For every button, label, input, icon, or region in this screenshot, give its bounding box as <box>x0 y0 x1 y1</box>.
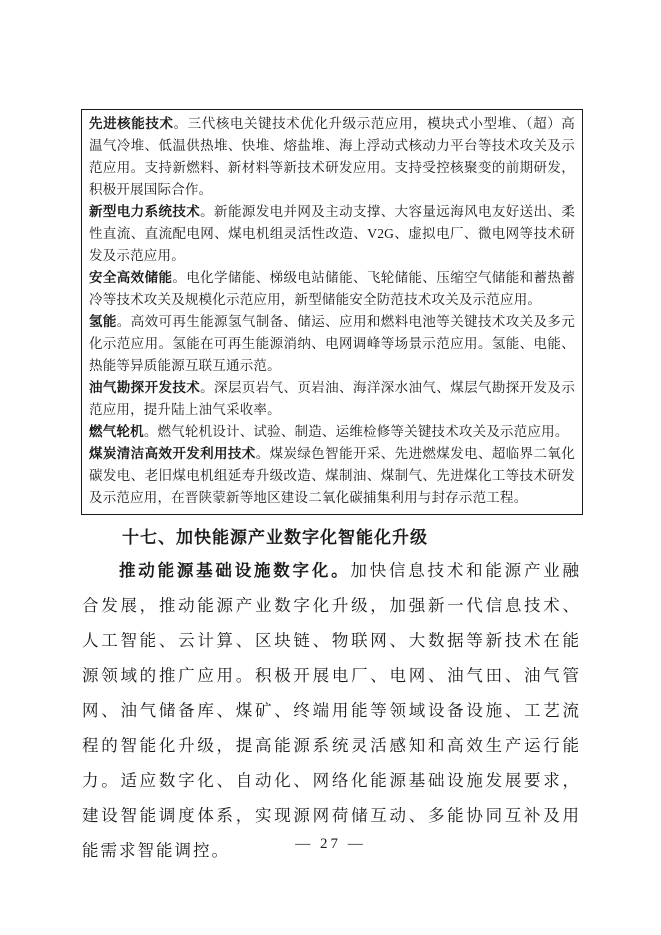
tech-item-energy-storage: 安全高效储能。电化学储能、梯级电站储能、飞轮储能、压缩空气储能和蓄热蓄冷等技术攻… <box>89 267 575 311</box>
tech-term: 先进核能技术 <box>89 116 174 131</box>
tech-sep: 。 <box>174 116 188 131</box>
tech-sep: 。 <box>200 380 214 395</box>
tech-sep: 。 <box>256 446 270 461</box>
page-number: — 27 — <box>0 836 661 853</box>
paragraph-lead: 推动能源基础设施数字化。 <box>119 561 350 580</box>
tech-term: 油气勘探开发技术 <box>89 380 200 395</box>
tech-desc: 高效可再生能源氢气制备、储运、应用和燃料电池等关键技术攻关及多元化示范应用。氢能… <box>89 314 575 373</box>
tech-term: 燃气轮机 <box>89 424 144 439</box>
tech-term: 氢能 <box>89 314 117 329</box>
section-paragraph: 推动能源基础设施数字化。加快信息技术和能源产业融合发展，推动能源产业数字化升级，… <box>82 553 581 868</box>
tech-sep: 。 <box>117 314 131 329</box>
tech-item-new-power-system: 新型电力系统技术。新能源发电并网及主动支撑、大容量远海风电友好送出、柔性直流、直… <box>89 201 575 267</box>
tech-item-clean-coal: 煤炭清洁高效开发利用技术。煤炭绿色智能开采、先进燃煤发电、超临界二氧化碳发电、老… <box>89 443 575 509</box>
paragraph-body: 加快信息技术和能源产业融合发展，推动能源产业数字化升级，加强新一代信息技术、人工… <box>82 561 581 860</box>
section-heading: 十七、加快能源产业数字化智能化升级 <box>122 526 428 550</box>
tech-item-hydrogen: 氢能。高效可再生能源氢气制备、储运、应用和燃料电池等关键技术攻关及多元化示范应用… <box>89 311 575 377</box>
tech-item-oil-gas-exploration: 油气勘探开发技术。深层页岩气、页岩油、海洋深水油气、煤层气勘探开发及示范应用，提… <box>89 377 575 421</box>
tech-item-gas-turbine: 燃气轮机。燃气轮机设计、试验、制造、运维检修等关键技术攻关及示范应用。 <box>89 421 575 443</box>
document-page: 先进核能技术。三代核电关键技术优化升级示范应用，模块式小型堆、（超）高温气冷堆、… <box>0 0 661 935</box>
tech-term: 安全高效储能 <box>89 270 172 285</box>
tech-sep: 。 <box>172 270 186 285</box>
tech-item-advanced-nuclear: 先进核能技术。三代核电关键技术优化升级示范应用，模块式小型堆、（超）高温气冷堆、… <box>89 113 575 201</box>
tech-sep: 。 <box>144 424 158 439</box>
tech-sep: 。 <box>200 204 214 219</box>
tech-term: 煤炭清洁高效开发利用技术 <box>89 446 256 461</box>
tech-term: 新型电力系统技术 <box>89 204 200 219</box>
technology-items-box: 先进核能技术。三代核电关键技术优化升级示范应用，模块式小型堆、（超）高温气冷堆、… <box>81 109 583 515</box>
tech-desc: 燃气轮机设计、试验、制造、运维检修等关键技术攻关及示范应用。 <box>158 424 569 439</box>
